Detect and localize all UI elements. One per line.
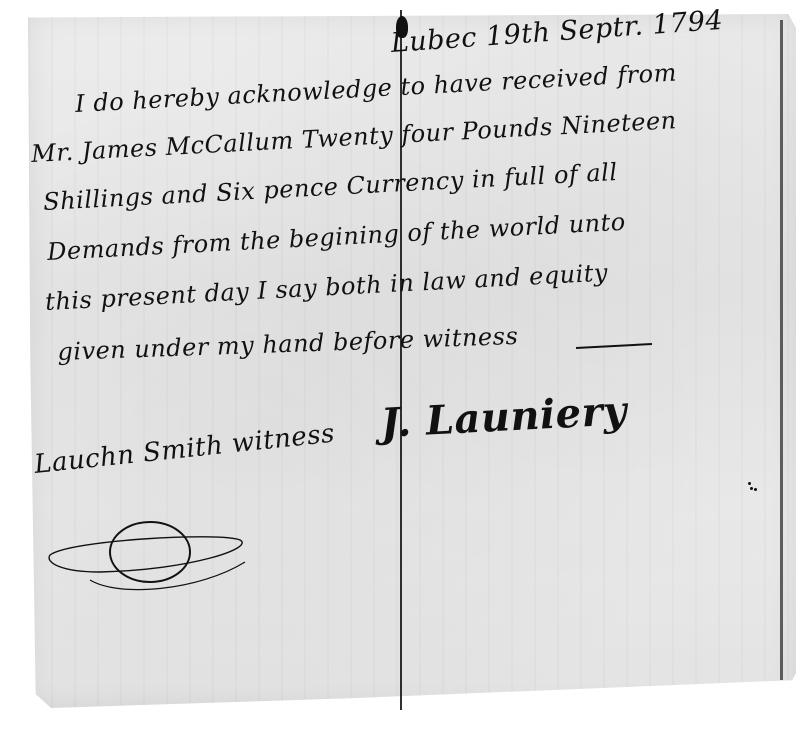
signature-flourish-icon — [40, 510, 260, 600]
ink-specks — [748, 482, 758, 492]
center-fold-line — [400, 10, 402, 710]
scanned-document: Lubec 19th Septr. 1794 I do hereby ackno… — [0, 0, 800, 733]
right-edge-shadow — [780, 20, 783, 680]
